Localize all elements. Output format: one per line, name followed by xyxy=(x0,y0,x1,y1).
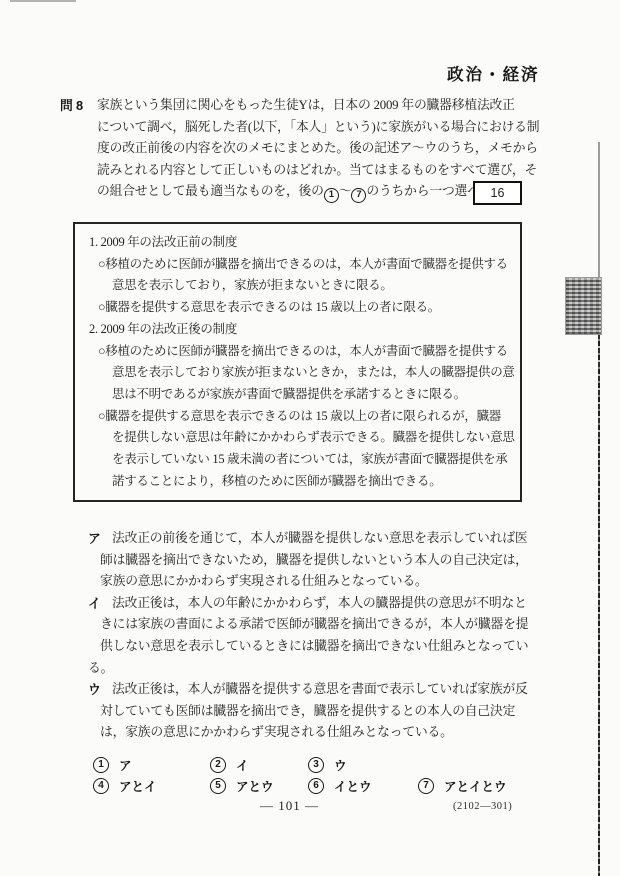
option-6: 6 イとウ xyxy=(308,777,372,795)
question-text-line: について調べ，脳死した者(以下，「本人」という)に家族がいる場合における制 xyxy=(97,117,548,139)
memo-line: 1. 2009 年の法改正前の制度 xyxy=(89,232,514,254)
statement-line: 法改正の前後を通じて，本人が臓器を提供しない意思を表示していれば医 xyxy=(112,528,558,550)
option-1: 1 ア xyxy=(93,756,132,774)
option-label: ウ xyxy=(334,756,347,774)
statement-line: 法改正後は，本人が臓器を提供する意思を書面で表示していれば家族が反 xyxy=(112,679,558,701)
statement-line: 供しない意思を表示しているときには臓器を摘出できない仕組みとなってい xyxy=(100,636,558,658)
statement-line: 法改正後は，本人の年齢にかかわらず，本人の臓器提供の意思が不明なと xyxy=(112,593,558,615)
statement-line: 師は臓器を摘出できないため，臓器を提供しないという本人の自己決定は， xyxy=(100,550,558,572)
circled-number-4-icon: 4 xyxy=(93,778,109,794)
question-text-line: 家族という集団に関心をもった生徒Yは，日本の 2009 年の臓器移植法改正 xyxy=(97,95,548,117)
memo-line: 思は不明であるが家族が書面で臓器提供を承諾するときに限る。 xyxy=(112,384,514,406)
memo-box: 1. 2009 年の法改正前の制度 ○移植のために医師が臓器を摘出できるのは，本… xyxy=(73,222,522,502)
circled-number-1-icon: 1 xyxy=(324,188,339,203)
statement-line: きには家族の書面による承諾で医師が臓器を摘出できるが，本人が臓器を提 xyxy=(100,614,558,636)
scan-artifact-top-line xyxy=(10,0,76,2)
circled-number-3-icon: 3 xyxy=(308,757,324,773)
question-text-line: 読みとれる内容として正しいものはどれか。当てはまるものをすべて選び，そ xyxy=(97,160,548,182)
statement-a-label: ア xyxy=(88,528,112,550)
statements-block: ア 法改正の前後を通じて，本人が臓器を提供しない意思を表示していれば医 師は臓器… xyxy=(88,528,558,744)
circled-number-6-icon: 6 xyxy=(308,778,324,794)
footer-page-number: — 101 — xyxy=(260,798,319,814)
option-label: アとイとウ xyxy=(444,777,507,795)
circled-number-5-icon: 5 xyxy=(210,778,226,794)
memo-line: 2. 2009 年の法改正後の制度 xyxy=(89,319,514,341)
scan-artifact-noise-block xyxy=(565,277,602,335)
memo-line: ○移植のために医師が臓器を摘出できるのは，本人が書面で臓器を提供する xyxy=(98,254,514,276)
memo-line: 諾することにより，移植のために医師が臓器を摘出できる。 xyxy=(112,471,514,493)
statement-line: 家族の意思にかかわらず実現される仕組みとなっている。 xyxy=(100,571,558,593)
memo-line: ○臓器を提供する意思を表示できるのは 15 歳以上の者に限る。 xyxy=(98,297,514,319)
answer-number-box: 16 xyxy=(473,181,522,205)
tilde-separator: ～ xyxy=(339,184,352,198)
exam-page: 政治・経済 問 8 家族という集団に関心をもった生徒Yは，日本の 2009 年の… xyxy=(0,0,620,876)
memo-line: ○移植のために医師が臓器を摘出できるのは，本人が書面で臓器を提供する xyxy=(98,341,514,363)
option-3: 3 ウ xyxy=(308,756,347,774)
statement-line: る。 xyxy=(88,658,558,680)
statement-u: ウ 法改正後は，本人が臓器を提供する意思を書面で表示していれば家族が反 対してい… xyxy=(88,679,558,744)
option-5: 5 アとウ xyxy=(210,777,274,795)
question-last-line-prefix: の組合せとして最も適当なものを，後の xyxy=(97,184,324,198)
circled-number-7-icon: 7 xyxy=(351,188,366,203)
circled-number-7-icon: 7 xyxy=(418,778,434,794)
option-label: アとイ xyxy=(119,777,157,795)
statement-i: イ 法改正後は，本人の年齢にかかわらず，本人の臓器提供の意思が不明なと きには家… xyxy=(88,593,558,679)
statement-line: 対していても医師は臓器を摘出でき，臓器を提供するとの本人の自己決定 xyxy=(100,701,558,723)
footer-doc-code: (2102—301) xyxy=(453,801,512,812)
question-number-label: 問 8 xyxy=(60,95,97,117)
option-label: アとウ xyxy=(236,777,274,795)
option-2: 2 イ xyxy=(210,756,249,774)
subject-header: 政治・経済 xyxy=(447,61,540,85)
question-text-line: 度の改正前後の内容を次のメモにまとめた。後の記述ア～ウのうち，メモから xyxy=(97,138,548,160)
scan-artifact-right-dashed-line xyxy=(598,334,600,876)
statement-a: ア 法改正の前後を通じて，本人が臓器を提供しない意思を表示していれば医 師は臓器… xyxy=(88,528,558,593)
memo-line: 意思を表示しており，家族が拒まないときに限る。 xyxy=(112,275,514,297)
option-label: イ xyxy=(236,756,249,774)
option-label: イとウ xyxy=(334,777,372,795)
statement-u-label: ウ xyxy=(88,679,112,701)
option-4: 4 アとイ xyxy=(93,777,157,795)
memo-line: ○臓器を提供する意思を表示できるのは 15 歳以上の者に限られるが，臓器 xyxy=(98,406,514,428)
circled-number-2-icon: 2 xyxy=(210,757,226,773)
statement-i-label: イ xyxy=(88,593,112,615)
memo-line: 意思を表示しており家族が拒まないときか，または，本人の臓器提供の意 xyxy=(112,362,514,384)
option-label: ア xyxy=(119,756,132,774)
memo-line: を提供しない意思は年齢にかかわらず表示できる。臓器を提供しない意思 xyxy=(112,427,514,449)
statement-line: は，家族の意思にかかわらず実現される仕組みとなっている。 xyxy=(100,722,558,744)
circled-number-1-icon: 1 xyxy=(93,757,109,773)
option-7: 7 アとイとウ xyxy=(418,777,507,795)
memo-line: を表示していない 15 歳未満の者については，家族が書面で臓器提供を承 xyxy=(112,449,514,471)
